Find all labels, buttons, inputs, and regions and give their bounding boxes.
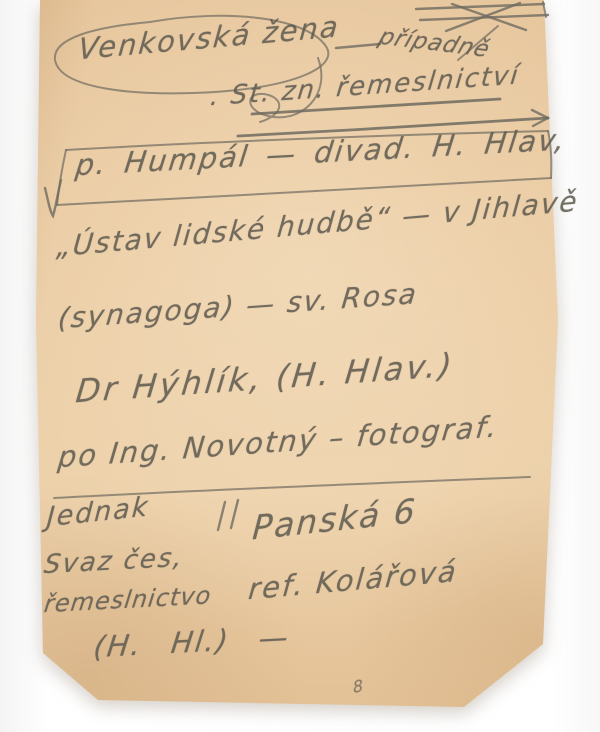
page-number: 8 <box>352 676 364 698</box>
ditto-mark-annotation <box>218 500 238 530</box>
long-dash-annotation <box>336 44 380 48</box>
scanned-note-photo: { "page": { "kind_label": "handwritten p… <box>0 0 600 732</box>
